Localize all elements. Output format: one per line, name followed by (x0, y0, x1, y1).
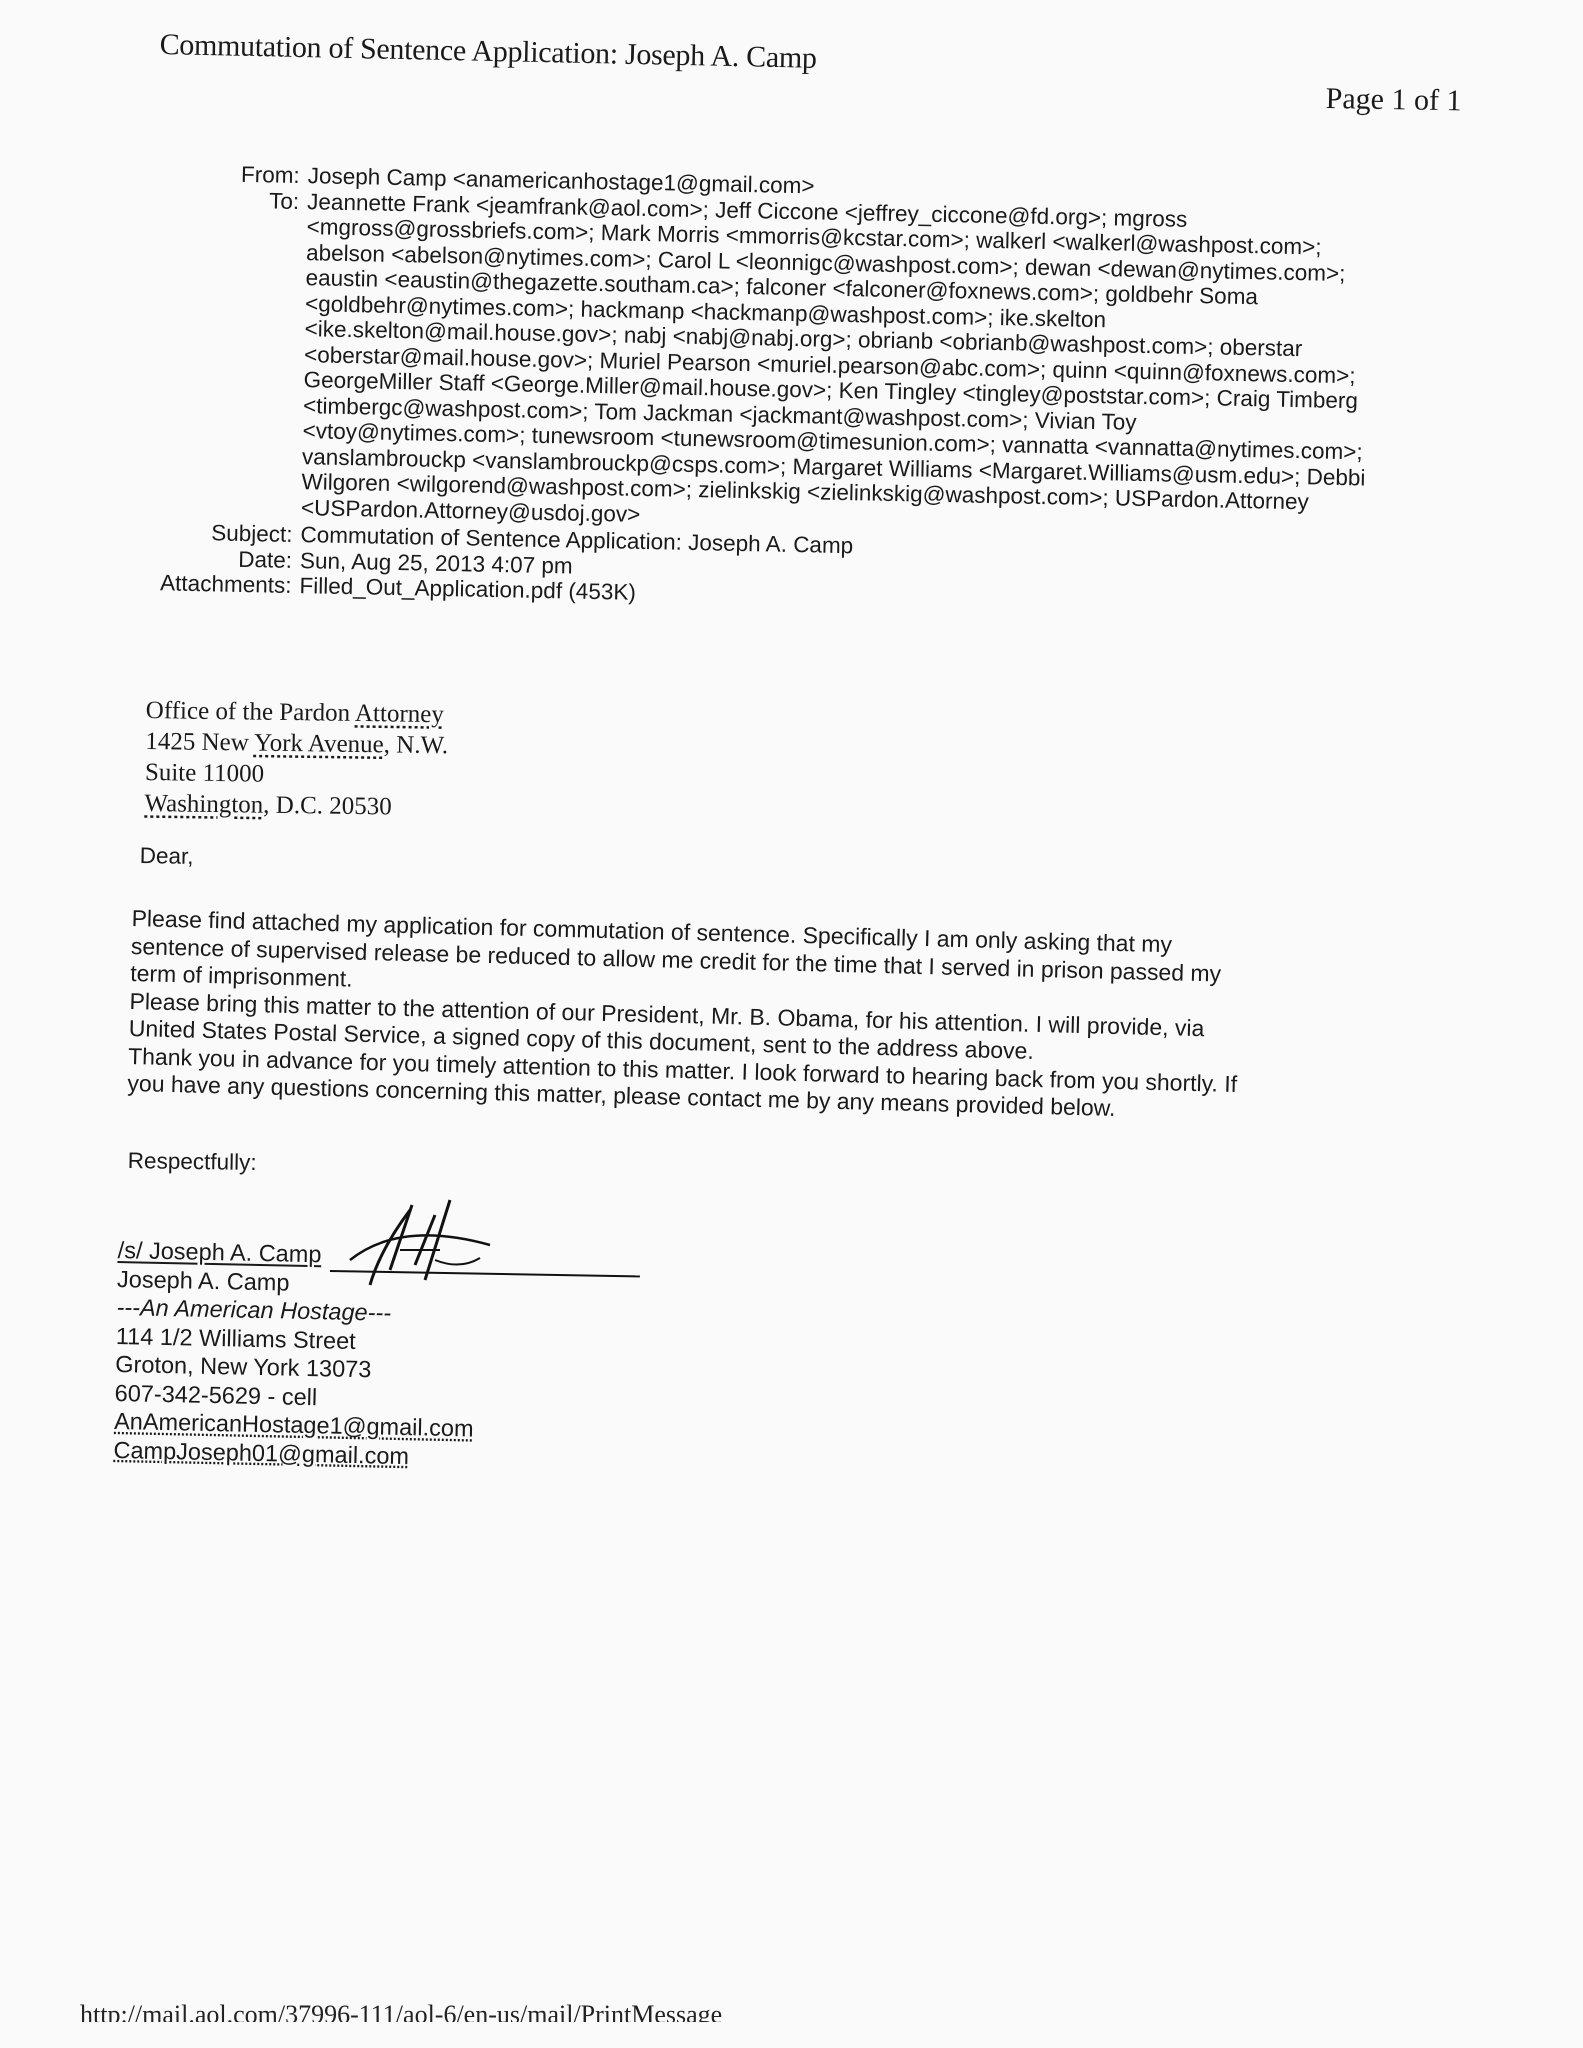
to-label: To: (143, 185, 308, 520)
page-number: Page 1 of 1 (1325, 82, 1461, 118)
signature-block: /s/ Joseph A. Camp Joseph A. Camp ---An … (113, 1236, 477, 1471)
to-row: To: Jeannette Frank <jeamfrank@aol.com>;… (143, 185, 1429, 542)
greeting: Dear, (140, 843, 194, 870)
attachments-label: Attachments: (141, 570, 299, 599)
address-line: Suite 11000 (145, 757, 448, 792)
address-text: Washington (144, 790, 263, 819)
address-text: Office of the Pardon (146, 697, 356, 727)
address-line: Office of the Pardon Attorney (146, 695, 449, 730)
address-line: 1425 New York Avenue, N.W. (145, 726, 448, 761)
address-text: , N.W. (384, 731, 449, 759)
footer-url: http://mail.aol.com/37996-111/aol-6/en-u… (80, 2000, 722, 2022)
address-text: York Avenue (254, 730, 384, 759)
to-recipients: Jeannette Frank <jeamfrank@aol.com>; Jef… (301, 189, 1429, 543)
address-text: 1425 New (145, 728, 254, 757)
subject-label: Subject: (142, 519, 300, 548)
page-header-title: Commutation of Sentence Application: Jos… (159, 28, 817, 76)
email-header: From: Joseph Camp <anamericanhostage1@gm… (141, 160, 1429, 621)
recipient-address: Office of the Pardon Attorney 1425 New Y… (144, 695, 448, 823)
address-text: , D.C. 20530 (263, 792, 392, 821)
letter-body: Please find attached my application for … (127, 905, 1431, 1130)
address-text: Attorney (355, 700, 444, 728)
closing: Respectfully: (128, 1148, 257, 1176)
address-line: Washington, D.C. 20530 (144, 788, 447, 823)
from-label: From: (149, 160, 307, 189)
date-label: Date: (142, 544, 300, 573)
